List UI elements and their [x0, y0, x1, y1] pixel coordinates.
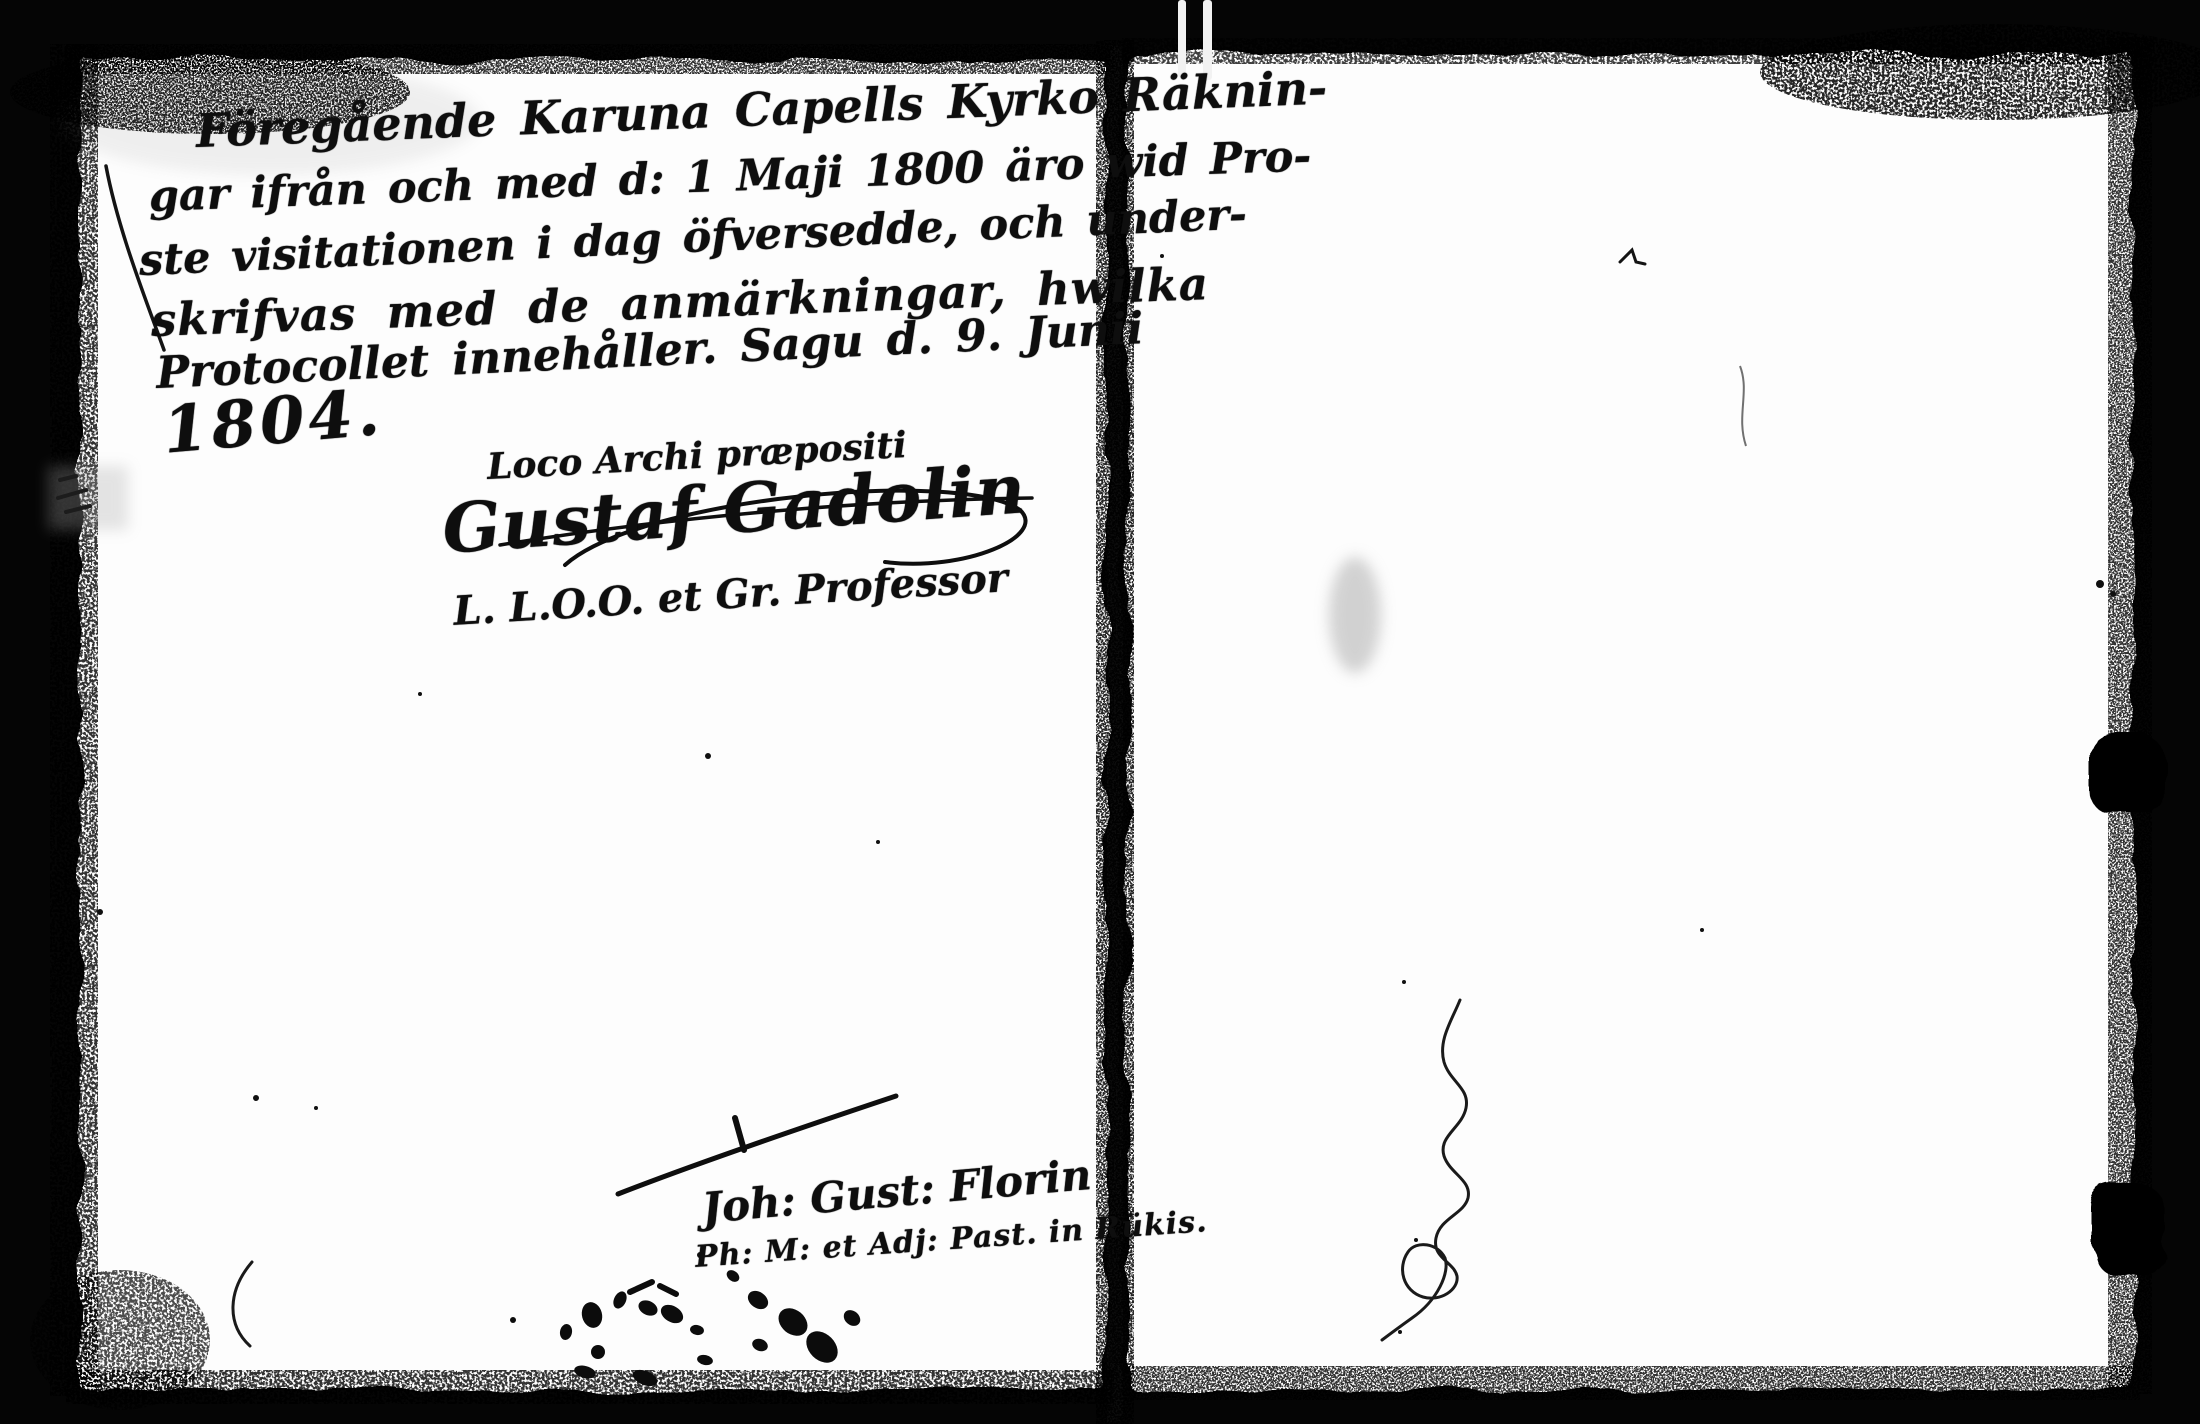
right-edge-tab — [2092, 736, 2164, 816]
ink-blot — [510, 1317, 516, 1323]
margin-scribble — [48, 466, 128, 530]
right-edge-tab — [2092, 1186, 2164, 1272]
corner-speckle — [30, 1270, 210, 1410]
smudge-mark — [1329, 557, 1381, 673]
right-page-paper — [1128, 54, 2134, 1390]
ink-blot — [591, 1345, 605, 1359]
edge-noise-band — [50, 44, 98, 1396]
edge-noise-band — [1122, 1366, 2140, 1400]
scanned-document: Föregående Karuna Capells Kyrko Räknin- … — [0, 0, 2200, 1424]
